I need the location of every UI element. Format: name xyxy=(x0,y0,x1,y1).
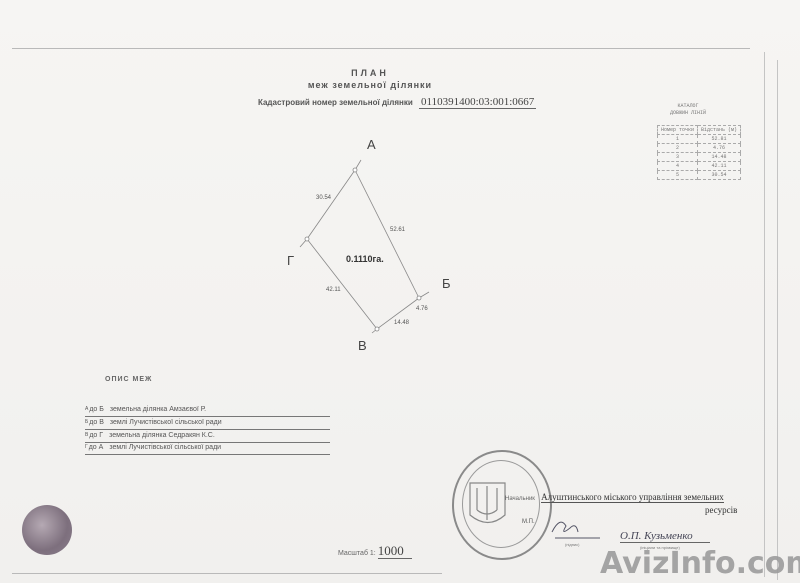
document-page: ПЛАН меж земельної ділянки Кадастровий н… xyxy=(0,0,800,583)
signer-name: О.П. Кузьменко xyxy=(620,530,710,543)
signature-caption: (підпис) xyxy=(565,542,579,547)
signature-scribble-icon xyxy=(0,0,800,583)
watermark: AvizInfo.com.ua xyxy=(600,546,800,581)
